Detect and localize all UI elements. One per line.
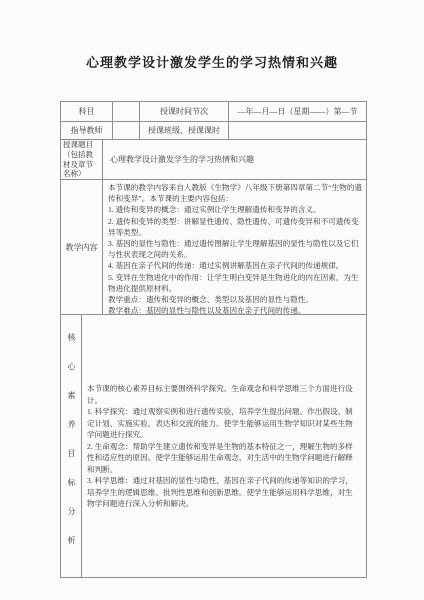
page-title: 心理教学设计激发学生的学习热情和兴趣 (0, 52, 424, 71)
table-row-core-literacy: 核心素养目标分析 本节课的核心素养目标主要围绕科学探究、生命观念和科学思维三个方… (61, 314, 366, 578)
teaching-content-paragraph: 教学重点：遗传和变异的概念、类型以及基因的显性与隐性。 (108, 294, 362, 305)
teaching-content-paragraph: 5. 变异在生物进化中的作用：让学生明白变异是生物进化的内在因素，为生物进化提供… (108, 272, 362, 294)
teaching-content-paragraph: 1. 遗传和变异的概念：通过实例让学生理解遗传和变异的含义。 (108, 204, 362, 215)
subject-label: 科目 (61, 102, 112, 121)
table-row-subject: 科目 授课时间节次 —年—月—日（星期——）第—节 (61, 102, 366, 121)
teaching-content-label: 教学内容 (61, 180, 102, 314)
teaching-content-paragraph: 教学难点：基因的显性与隐性以及基因在亲子代间的传递。 (108, 305, 362, 314)
class-value (228, 122, 366, 139)
teaching-content-body: 本节课的教学内容来自人教版《生物学》八年级下册第四章第二节“生物的遗传和变异”。… (102, 180, 366, 314)
table-row-teacher: 指导教师 授课班级、授课课时 (61, 121, 366, 139)
teaching-content-paragraph: 3. 基因的显性与隐性：通过遗传图解让学生理解基因的显性与隐性以及它们与性状表现… (108, 238, 362, 260)
core-literacy-paragraph: 本节课的核心素养目标主要围绕科学探究、生命观念和科学思维三个方面进行设计。 (87, 383, 360, 406)
subject-value (112, 102, 139, 121)
class-label: 授课班级、授课课时 (139, 122, 228, 139)
teaching-content-paragraph: 2. 遗传和变异的类型：讲解显性遗传、隐性遗传、可遗传变异和不可遗传变异等类型。 (108, 216, 362, 238)
teacher-value (112, 122, 139, 139)
time-value: —年—月—日（星期——）第—节 (228, 102, 366, 121)
teacher-label: 指导教师 (61, 122, 112, 139)
teaching-content-paragraph: 本节课的教学内容来自人教版《生物学》八年级下册第四章第二节“生物的遗传和变异”。… (108, 182, 362, 204)
table-row-topic: 授课题目（包括教材及章节名称） 心理教学设计激发学生的学习热情和兴趣 (61, 139, 366, 179)
core-literacy-label: 核心素养目标分析 (62, 329, 80, 565)
core-literacy-label-cell: 核心素养目标分析 (61, 315, 81, 578)
core-literacy-paragraph: 1. 科学探究：通过观察实例和进行遗传实验，培养学生提出问题、作出假设、制定计划… (87, 406, 360, 441)
topic-value: 心理教学设计激发学生的学习热情和兴趣 (102, 140, 366, 179)
core-literacy-paragraph: 2. 生命观念：帮助学生建立遗传和变异是生物的基本特征之一，理解生物的多样性和适… (87, 441, 360, 476)
core-literacy-paragraph: 3. 科学思维：通过对基因的显性与隐性、基因在亲子代间的传递等知识的学习，培养学… (87, 475, 360, 510)
table-row-teaching-content: 教学内容 本节课的教学内容来自人教版《生物学》八年级下册第四章第二节“生物的遗传… (61, 179, 366, 314)
core-literacy-body: 本节课的核心素养目标主要围绕科学探究、生命观念和科学思维三个方面进行设计。 1.… (81, 315, 366, 578)
teaching-content-paragraph: 4. 基因在亲子代间的传递：通过实例讲解基因在亲子代间的传递规律。 (108, 260, 362, 271)
lesson-plan-table: 科目 授课时间节次 —年—月—日（星期——）第—节 指导教师 授课班级、授课课时… (60, 101, 367, 578)
topic-label: 授课题目（包括教材及章节名称） (61, 140, 102, 179)
time-label: 授课时间节次 (139, 102, 228, 121)
